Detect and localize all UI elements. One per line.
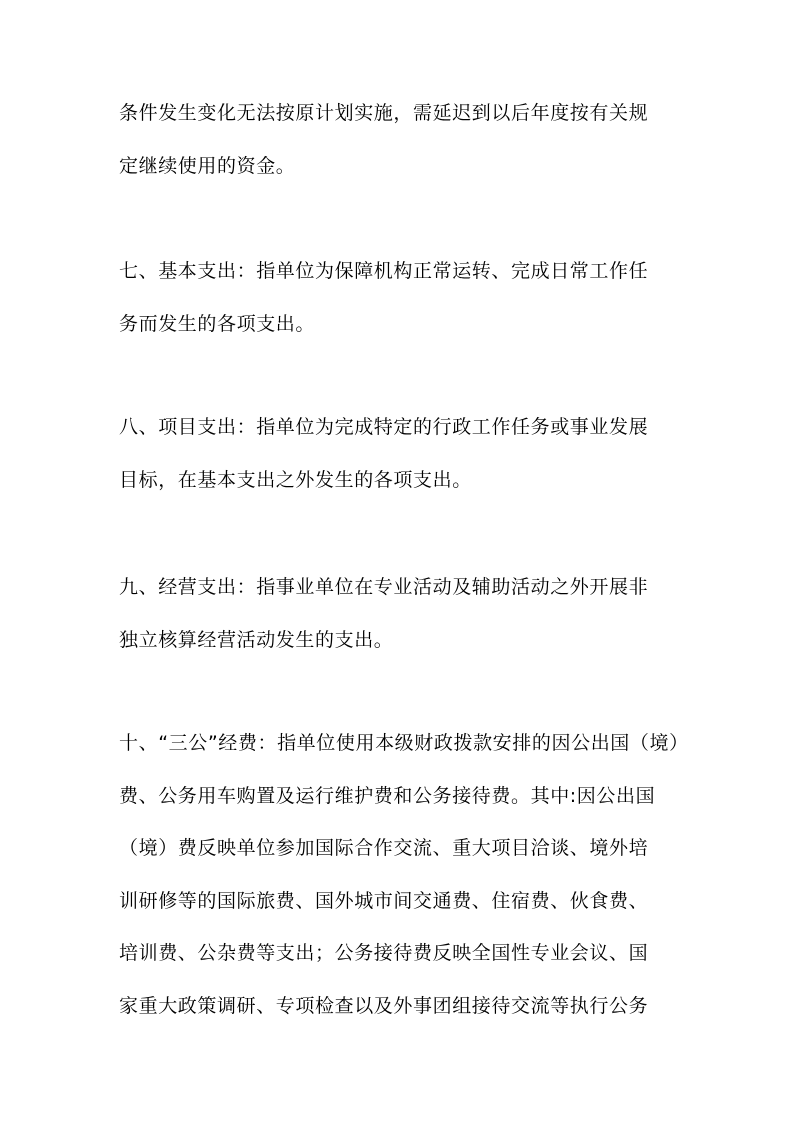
document-page: 条件发生变化无法按原计划实施，需延迟到以后年度按有关规 定继续使用的资金。 七、… [0,0,793,1122]
paragraph-7-line-1: 七、基本支出：指单位为保障机构正常运转、完成日常工作任 [119,259,648,283]
paragraph-10-line-5: 培训费、公杂费等支出；公务接待费反映全国性专业会议、国 [119,941,648,965]
paragraph-10-line-2: 费、公务用车购置及运行维护费和公务接待费。其中:因公出国 [119,784,655,808]
paragraph-9-line-1: 九、经营支出：指事业单位在专业活动及辅助活动之外开展非 [119,575,648,599]
paragraph-8-line-2: 目标，在基本支出之外发生的各项支出。 [119,468,472,492]
paragraph-10-line-4: 训研修等的国际旅费、国外城市间交通费、住宿费、伙食费、 [119,889,648,913]
paragraph-7-line-2: 务而发生的各项支出。 [119,312,315,336]
paragraph-9-line-2: 独立核算经营活动发生的支出。 [119,628,393,652]
paragraph-10-line-1: 十、“三公”经费：指单位使用本级财政拨款安排的因公出国（境） [119,731,689,755]
paragraph-8-line-1: 八、项目支出：指单位为完成特定的行政工作任务或事业发展 [119,415,648,439]
paragraph-6-line-2: 定继续使用的资金。 [119,154,295,178]
paragraph-10-line-3: （境）费反映单位参加国际合作交流、重大项目洽谈、境外培 [119,836,648,860]
paragraph-6-line-1: 条件发生变化无法按原计划实施，需延迟到以后年度按有关规 [119,101,648,125]
paragraph-10-line-6: 家重大政策调研、专项检查以及外事团组接待交流等执行公务 [119,994,648,1018]
